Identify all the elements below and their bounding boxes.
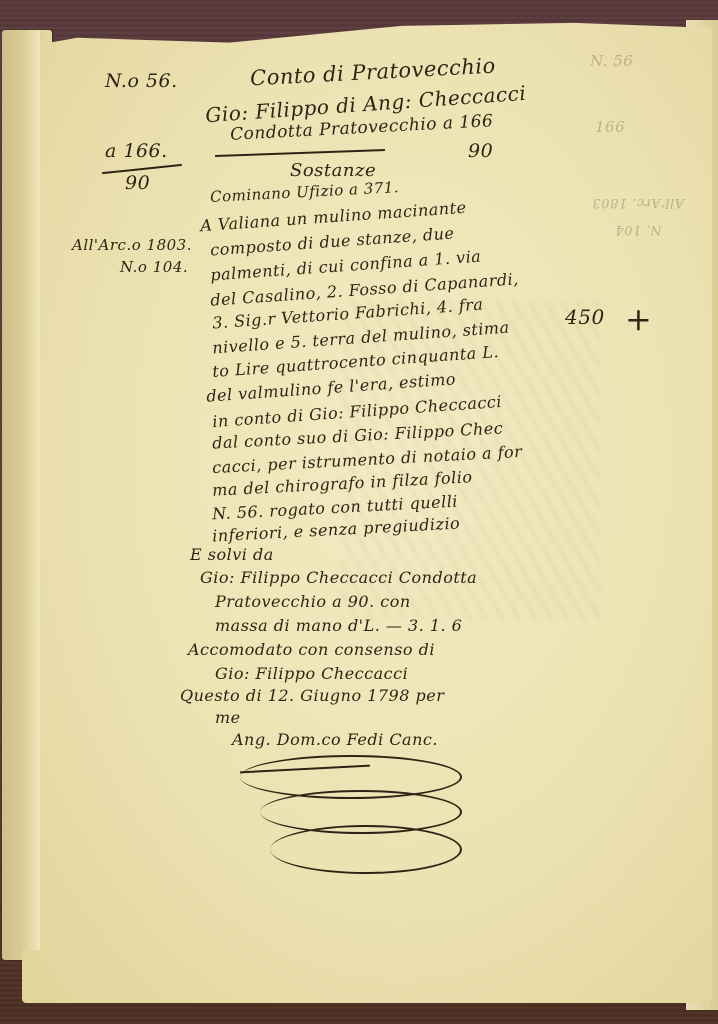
archive-reference-year: All'Arc.o 1803. — [72, 236, 192, 254]
body-line: E solvi da — [190, 545, 274, 564]
bleed-text-1: N. 56 — [590, 52, 633, 70]
body-line: Questo di 12. Giugno 1798 per — [180, 686, 444, 705]
margin-fraction-bottom: 90 — [125, 172, 150, 194]
header-number: 90 — [468, 140, 493, 162]
cross-mark: + — [625, 300, 652, 338]
body-line: me — [215, 708, 241, 727]
body-line: Gio: Filippo Checcacci — [215, 664, 408, 683]
body-line: Pratovecchio a 90. con — [215, 592, 411, 611]
bleed-text-3: All'Arc. 1803 — [592, 195, 684, 210]
signature-flourish-3 — [270, 825, 462, 874]
body-line: Accomodato con consenso di — [188, 640, 435, 659]
page-fold — [22, 30, 40, 950]
bleed-text-4: N. 104 — [615, 222, 662, 237]
body-line: Gio: Filippo Checcacci Condotta — [200, 568, 477, 587]
signature-line: Ang. Dom.co Fedi Canc. — [232, 730, 438, 749]
document-number: N.o 56. — [105, 70, 178, 92]
amount-450: 450 — [565, 305, 605, 329]
margin-fraction-top: a 166. — [105, 140, 168, 162]
header-sostanze: Sostanze — [290, 160, 376, 181]
body-line: massa di mano d'L. — 3. 1. 6 — [215, 616, 462, 635]
bleed-text-2: 166 — [595, 118, 625, 136]
archive-reference-number: N.o 104. — [120, 258, 188, 276]
